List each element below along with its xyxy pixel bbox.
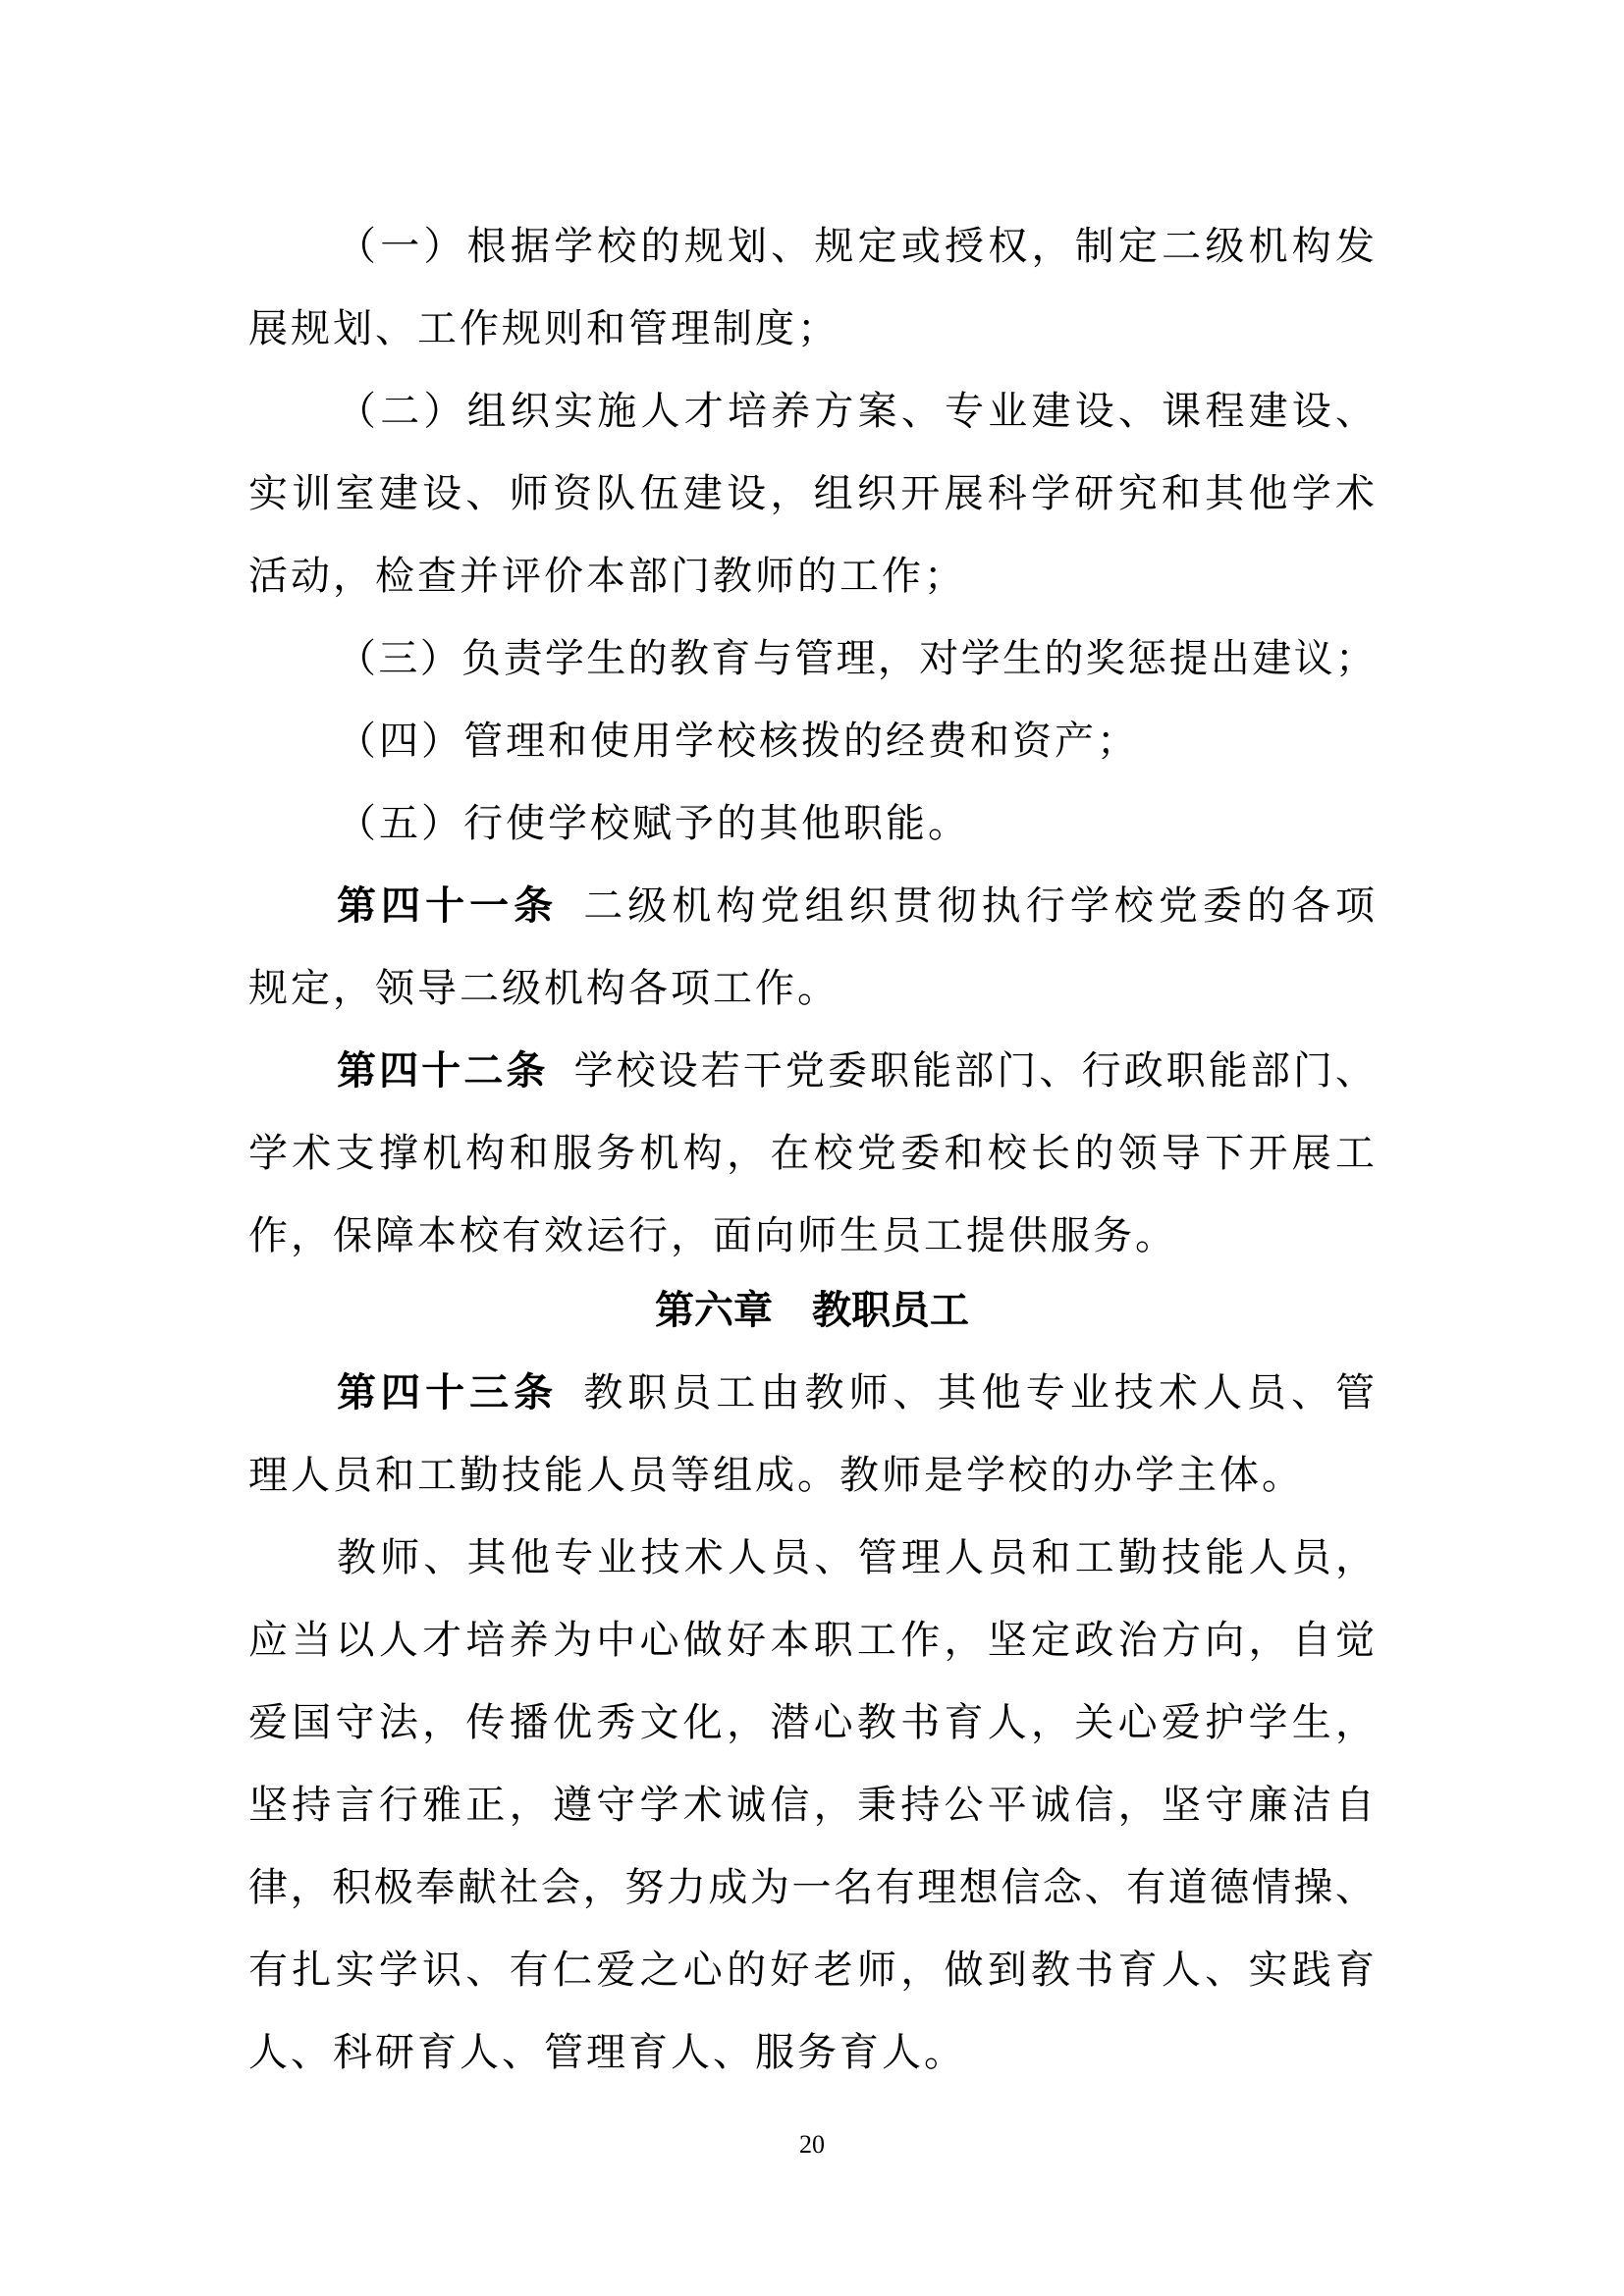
article-43-para2-line-6: 有扎实学识、有仁爱之心的好老师，做到教书育人、实践育 — [248, 1929, 1375, 2011]
article-43-para2-line-7: 人、科研育人、管理育人、服务育人。 — [248, 2011, 1375, 2094]
article-42-line-2: 学术支撑机构和服务机构，在校党委和校长的领导下开展工 — [248, 1112, 1375, 1195]
list-item-5-line-1: （五）行使学校赋予的其他职能。 — [337, 782, 1375, 865]
list-item-4-line-1: （四）管理和使用学校核拨的经费和资产； — [337, 700, 1375, 782]
article-43-para2-line-1: 教师、其他专业技术人员、管理人员和工勤技能人员， — [337, 1517, 1375, 1599]
article-43-text: 教职员工由教师、其他专业技术人员、管 — [583, 1370, 1375, 1415]
article-42-label: 第四十二条 — [337, 1047, 548, 1094]
list-item-3-line-1: （三）负责学生的教育与管理，对学生的奖惩提出建议； — [337, 617, 1375, 700]
list-item-1-line-1: （一）根据学校的规划、规定或授权，制定二级机构发 — [337, 205, 1375, 288]
article-42-line-1: 第四十二条学校设若干党委职能部门、行政职能部门、 — [337, 1030, 1375, 1112]
list-item-2-line-3: 活动，检查并评价本部门教师的工作； — [248, 535, 1375, 617]
article-42-line-3: 作，保障本校有效运行，面向师生员工提供服务。 — [248, 1195, 1375, 1277]
list-item-2-line-2: 实训室建设、师资队伍建设，组织开展科学研究和其他学术 — [248, 453, 1375, 535]
chapter-heading: 第六章 教职员工 — [0, 1269, 1624, 1352]
article-41-line-2: 规定，领导二级机构各项工作。 — [248, 947, 1375, 1030]
article-42-text: 学校设若干党委职能部门、行政职能部门、 — [573, 1048, 1375, 1094]
document-page: （一）根据学校的规划、规定或授权，制定二级机构发 展规划、工作规则和管理制度； … — [0, 0, 1624, 2296]
article-43-para2-line-5: 律，积极奉献社会，努力成为一名有理想信念、有道德情操、 — [248, 1846, 1375, 1929]
article-41-text: 二级机构党组织贯彻执行学校党委的各项 — [583, 883, 1375, 929]
article-43-para2-line-4: 坚持言行雅正，遵守学术诚信，秉持公平诚信，坚守廉洁自 — [248, 1764, 1375, 1846]
list-item-2-line-1: （二）组织实施人才培养方案、专业建设、课程建设、 — [337, 370, 1375, 453]
list-item-1-line-2: 展规划、工作规则和管理制度； — [248, 288, 1375, 370]
article-43-line-2: 理人员和工勤技能人员等组成。教师是学校的办学主体。 — [248, 1434, 1375, 1517]
article-43-para2-line-3: 爱国守法，传播优秀文化，潜心教书育人，关心爱护学生， — [248, 1682, 1375, 1764]
article-41-line-1: 第四十一条二级机构党组织贯彻执行学校党委的各项 — [337, 865, 1375, 947]
article-43-para2-line-2: 应当以人才培养为中心做好本职工作，坚定政治方向，自觉 — [248, 1599, 1375, 1682]
article-43-line-1: 第四十三条教职员工由教师、其他专业技术人员、管 — [337, 1352, 1375, 1434]
article-41-label: 第四十一条 — [337, 882, 558, 929]
page-number: 20 — [0, 2130, 1624, 2160]
article-43-label: 第四十三条 — [337, 1369, 558, 1415]
